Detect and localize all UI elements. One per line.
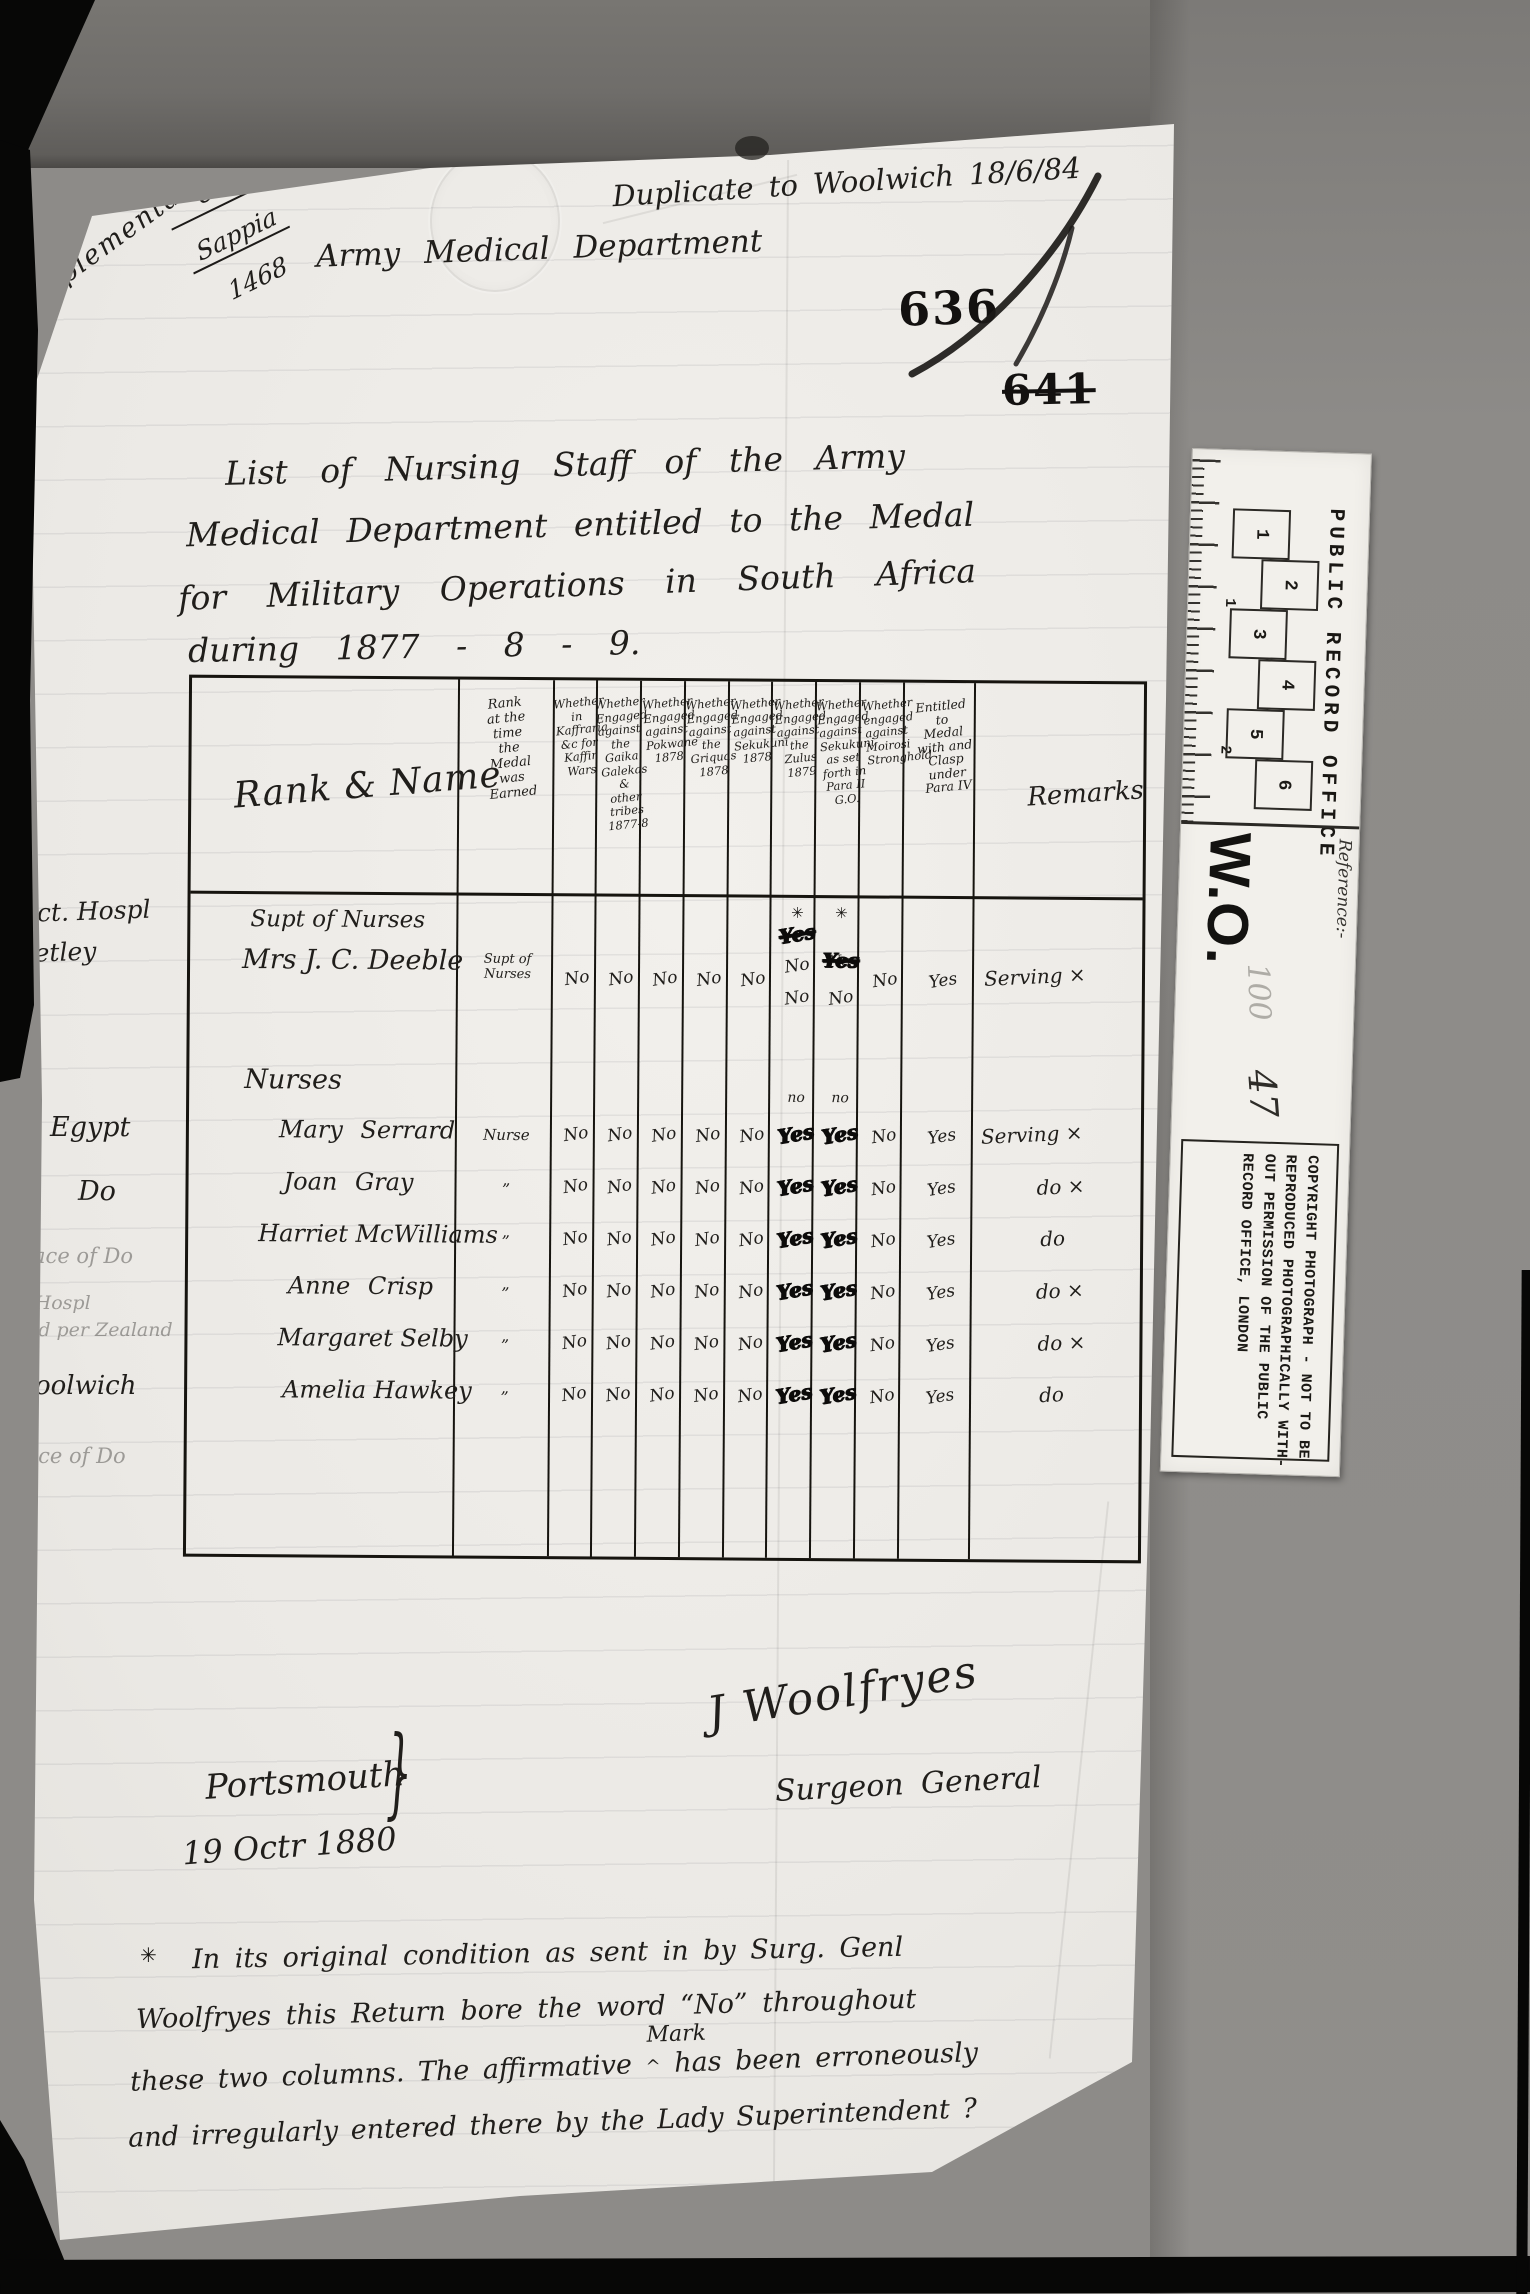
title-line-4: during 1877 - 8 - 9. [188, 624, 641, 670]
series-code: W.O. [1197, 831, 1259, 966]
margin-note-gray: Do [78, 1176, 116, 1207]
signature-title: Surgeon General [774, 1761, 1042, 1809]
ditto-mark: ” [458, 1232, 553, 1252]
column-header-q7: Whether Engaged against Sekukuni as set … [815, 696, 869, 808]
footnote-marker: ✳ [140, 1944, 157, 1967]
pencil-no-zulu: no [774, 1090, 818, 1106]
ruler-cm-number: 2 [1260, 559, 1320, 611]
ruler-cm-number: 1 [1232, 508, 1292, 560]
nurse-remarks: do × [1037, 1331, 1086, 1356]
footer-date: 19 Octr 1880 [181, 1821, 398, 1873]
nurse-name: Mary Serrard [279, 1116, 455, 1145]
nurse-remarks: do [1039, 1383, 1065, 1407]
ditto-mark: ” [457, 1336, 552, 1356]
pencil-no-sekukuni: no [818, 1090, 862, 1106]
nurse-name: Joan Gray [283, 1168, 413, 1197]
faint-page-number: 876 [1062, 2098, 1091, 2115]
margin-note-mcwilliams: …race of Do [2, 1244, 133, 1268]
ditto-mark: ” [458, 1180, 553, 1200]
deeble-title: Supt of Nurses [250, 906, 425, 934]
footer-brace: } [386, 1719, 412, 1832]
film-edge-bottom-band [0, 2256, 1530, 2294]
ink-flourish [900, 168, 1120, 408]
nurse-rank: Nurse [459, 1126, 554, 1145]
margin-note-hawkey: …tice of Do [2, 1444, 126, 1468]
ruler-cm-number: 5 [1225, 708, 1285, 760]
column-header-rank-at-time: Rank at the time the Medal was Earned [457, 692, 562, 806]
footnote-line-3-post: has been erroneously [674, 2037, 979, 2079]
title-line-3: for Military Operations in South Africa [178, 552, 977, 618]
copyright-notice-box: COPYRIGHT PHOTOGRAPH - NOT TO BE REPRODU… [1171, 1139, 1339, 1462]
footer-place: Portsmouth [204, 1755, 406, 1808]
margin-note-selby: Woolwich [10, 1372, 136, 1402]
margin-note-serrard: Egypt [50, 1112, 130, 1143]
footnote-line-3: these two columns. The affirmative Mark … [130, 2037, 979, 2098]
nurse-remarks: do × [1036, 1175, 1085, 1200]
paper-crease-corner [1049, 1501, 1110, 2058]
nurse-remarks: do × [1035, 1279, 1084, 1304]
footnote-line-4: and irregularly entered there by the Lad… [128, 2093, 978, 2154]
asterisk-mark-sekukuni-column: ✳ [819, 904, 863, 922]
nurse-remarks: Serving × [980, 1121, 1083, 1149]
column-header-q5: Whether Engaged against Sekukuni 1878 [730, 696, 780, 767]
deeble-remarks: Serving × [984, 963, 1087, 991]
public-record-office-label: 1 2 1 2 3 4 5 6 PUBLIC RECORD OFFICE Ref… [1160, 448, 1372, 1477]
title-line-1: List of Nursing Staff of the Army [225, 437, 906, 493]
reference-label: Reference:- [1332, 839, 1355, 939]
deeble-sekukuni-yes: Yes [823, 948, 860, 972]
margin-note-crisp: …t Hospl …led per Zealand [2, 1290, 173, 1344]
piece-number: 47 [1239, 1068, 1286, 1119]
nurses-subheading: Nurses [244, 1064, 342, 1096]
signature: J Woolfryes [704, 1647, 982, 1740]
footnote-line-2: Woolfryes this Return bore the word “No”… [136, 1984, 917, 2035]
deeble-name: Mrs J. C. Deeble [242, 944, 463, 977]
column-header-q4: Whether Engaged against the Griquas 1878 [685, 695, 737, 780]
footnote-insert-word: Mark [646, 2021, 706, 2048]
ruler-cm-number: 6 [1254, 759, 1314, 811]
ink-smudge [735, 136, 769, 160]
footnote-line-1: In its original condition as sent in by … [192, 1932, 904, 1975]
deeble-sekukuni-overwritten: No Yes [819, 948, 863, 972]
ruler-scale-boxes: 1 2 3 4 5 6 [1224, 508, 1291, 810]
nurse-name: Margaret Selby [277, 1324, 467, 1353]
ditto-mark: ” [458, 1284, 553, 1304]
column-header-entitled: Entitled to Medal with and Clasp under P… [904, 696, 985, 797]
series-number-faint: 100 [1240, 963, 1277, 1022]
nurse-remarks: do [1040, 1227, 1066, 1251]
ditto-mark: ” [457, 1388, 552, 1408]
nurse-name: Anne Crisp [288, 1272, 433, 1301]
photographed-document: 68 Sappia 1468 Supplementary Duplicate t… [0, 0, 1530, 2294]
column-header-q3: Whether Engaged against Pokwane 1878 [642, 695, 692, 766]
footnote-line-3-pre: these two columns. The affirmative [130, 2049, 633, 2098]
nurse-name: Amelia Hawkey [282, 1376, 472, 1405]
ruler-cm-number: 3 [1228, 608, 1288, 660]
caret-mark: ^ [645, 2056, 661, 2078]
medal-roll-table: Rank & Name Rank at the time the Medal w… [183, 675, 1147, 1564]
title-line-2: Medical Department entitled to the Medal [186, 496, 975, 555]
ruler-cm-number: 4 [1257, 659, 1317, 711]
deeble-rank: Supt of Nurses [460, 952, 555, 983]
